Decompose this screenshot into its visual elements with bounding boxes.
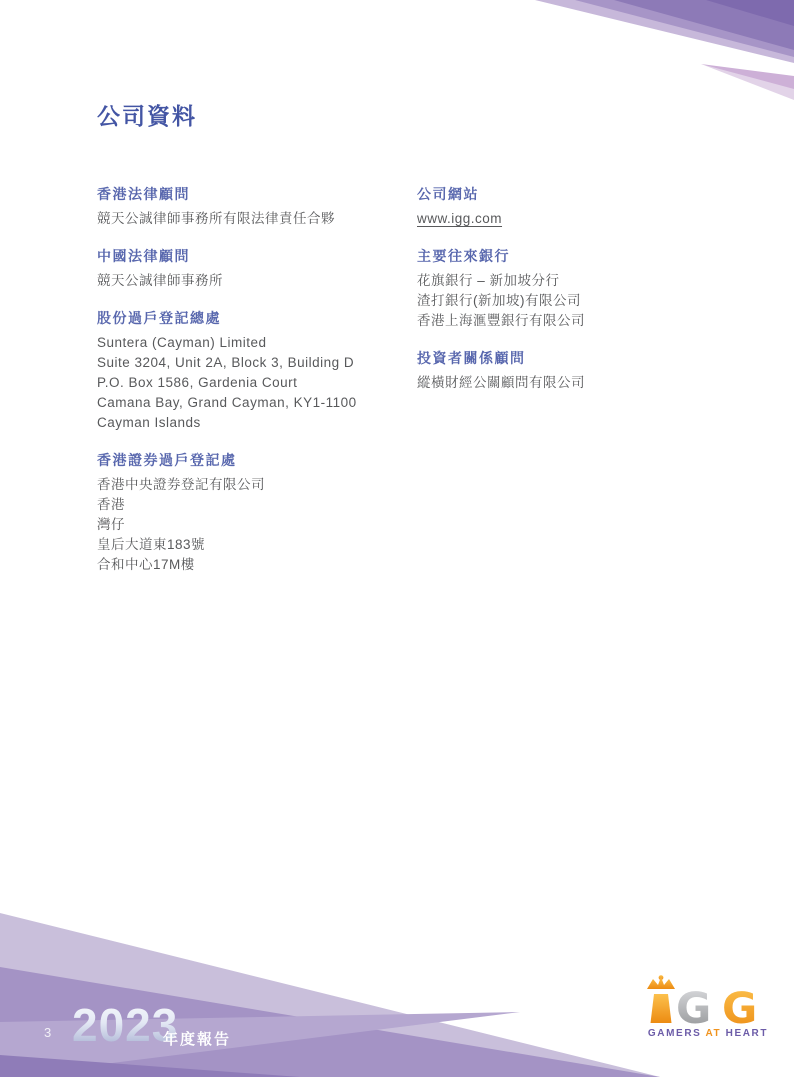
section-heading: 香港法律顧問 — [97, 184, 417, 204]
section-line: P.O. Box 1586, Gardenia Court — [97, 373, 417, 393]
section-line: 香港 — [97, 495, 417, 515]
page-footer: 3 2023 年度報告 — [0, 897, 794, 1077]
section-hk-legal-advisers: 香港法律顧問 競天公誠律師事務所有限法律責任合夥 — [97, 184, 417, 229]
tagline-at: AT — [705, 1028, 721, 1039]
section-line: Camana Bay, Grand Cayman, KY1-1100 — [97, 393, 417, 413]
logo-letter-g2: G — [722, 984, 757, 1025]
section-principal-bankers: 主要往來銀行 花旗銀行 – 新加坡分行 渣打銀行(新加坡)有限公司 香港上海滙豐… — [417, 246, 697, 331]
section-heading: 股份過戶登記總處 — [97, 308, 417, 328]
document-page: 公司資料 香港法律顧問 競天公誠律師事務所有限法律責任合夥 中國法律顧問 競天公… — [0, 0, 794, 1077]
logo-tagline: GAMERS AT HEART — [643, 1028, 773, 1039]
section-principal-share-registrar: 股份過戶登記總處 Suntera (Cayman) Limited Suite … — [97, 308, 417, 433]
section-china-legal-advisers: 中國法律顧問 競天公誠律師事務所 — [97, 246, 417, 291]
report-title: 年度報告 — [163, 1028, 231, 1049]
tagline-gamers: GAMERS — [648, 1028, 702, 1039]
crown-icon — [647, 975, 675, 989]
section-line: 香港中央證券登記有限公司 — [97, 475, 417, 495]
section-heading: 公司網站 — [417, 184, 697, 204]
section-heading: 投資者關係顧問 — [417, 348, 697, 368]
section-line: 皇后大道東183號 — [97, 535, 417, 555]
igg-logo: G G GAMERS AT HEART — [643, 975, 773, 1039]
section-heading: 主要往來銀行 — [417, 246, 697, 266]
igg-logo-mark: G G — [643, 975, 773, 1025]
section-line: Suite 3204, Unit 2A, Block 3, Building D — [97, 353, 417, 373]
section-investor-relations-consultant: 投資者關係顧問 縱橫財經公關顧問有限公司 — [417, 348, 697, 393]
section-line: 灣仔 — [97, 515, 417, 535]
website-link[interactable]: www.igg.com — [417, 211, 502, 226]
logo-letter-i — [651, 994, 672, 1023]
section-line: 花旗銀行 – 新加坡分行 — [417, 271, 697, 291]
section-heading: 香港證券過戶登記處 — [97, 450, 417, 470]
right-column: 公司網站 www.igg.com 主要往來銀行 花旗銀行 – 新加坡分行 渣打銀… — [417, 184, 697, 592]
section-heading: 中國法律顧問 — [97, 246, 417, 266]
section-line: 縱橫財經公關顧問有限公司 — [417, 373, 697, 393]
two-column-layout: 香港法律顧問 競天公誠律師事務所有限法律責任合夥 中國法律顧問 競天公誠律師事務… — [97, 184, 697, 592]
section-line: 合和中心17M樓 — [97, 555, 417, 575]
section-line: 競天公誠律師事務所 — [97, 271, 417, 291]
tagline-heart: HEART — [726, 1028, 768, 1039]
page-title: 公司資料 — [97, 101, 697, 131]
section-line: Cayman Islands — [97, 413, 417, 433]
section-hk-share-registrar: 香港證券過戶登記處 香港中央證券登記有限公司 香港 灣仔 皇后大道東183號 合… — [97, 450, 417, 575]
section-company-website: 公司網站 www.igg.com — [417, 184, 697, 229]
page-content: 公司資料 香港法律顧問 競天公誠律師事務所有限法律責任合夥 中國法律顧問 競天公… — [97, 0, 697, 592]
section-line: 香港上海滙豐銀行有限公司 — [417, 311, 697, 331]
logo-letter-g1: G — [676, 984, 711, 1025]
section-line: 競天公誠律師事務所有限法律責任合夥 — [97, 209, 417, 229]
section-line: Suntera (Cayman) Limited — [97, 333, 417, 353]
section-line: 渣打銀行(新加坡)有限公司 — [417, 291, 697, 311]
left-column: 香港法律顧問 競天公誠律師事務所有限法律責任合夥 中國法律顧問 競天公誠律師事務… — [97, 184, 417, 592]
page-number: 3 — [44, 1025, 51, 1040]
